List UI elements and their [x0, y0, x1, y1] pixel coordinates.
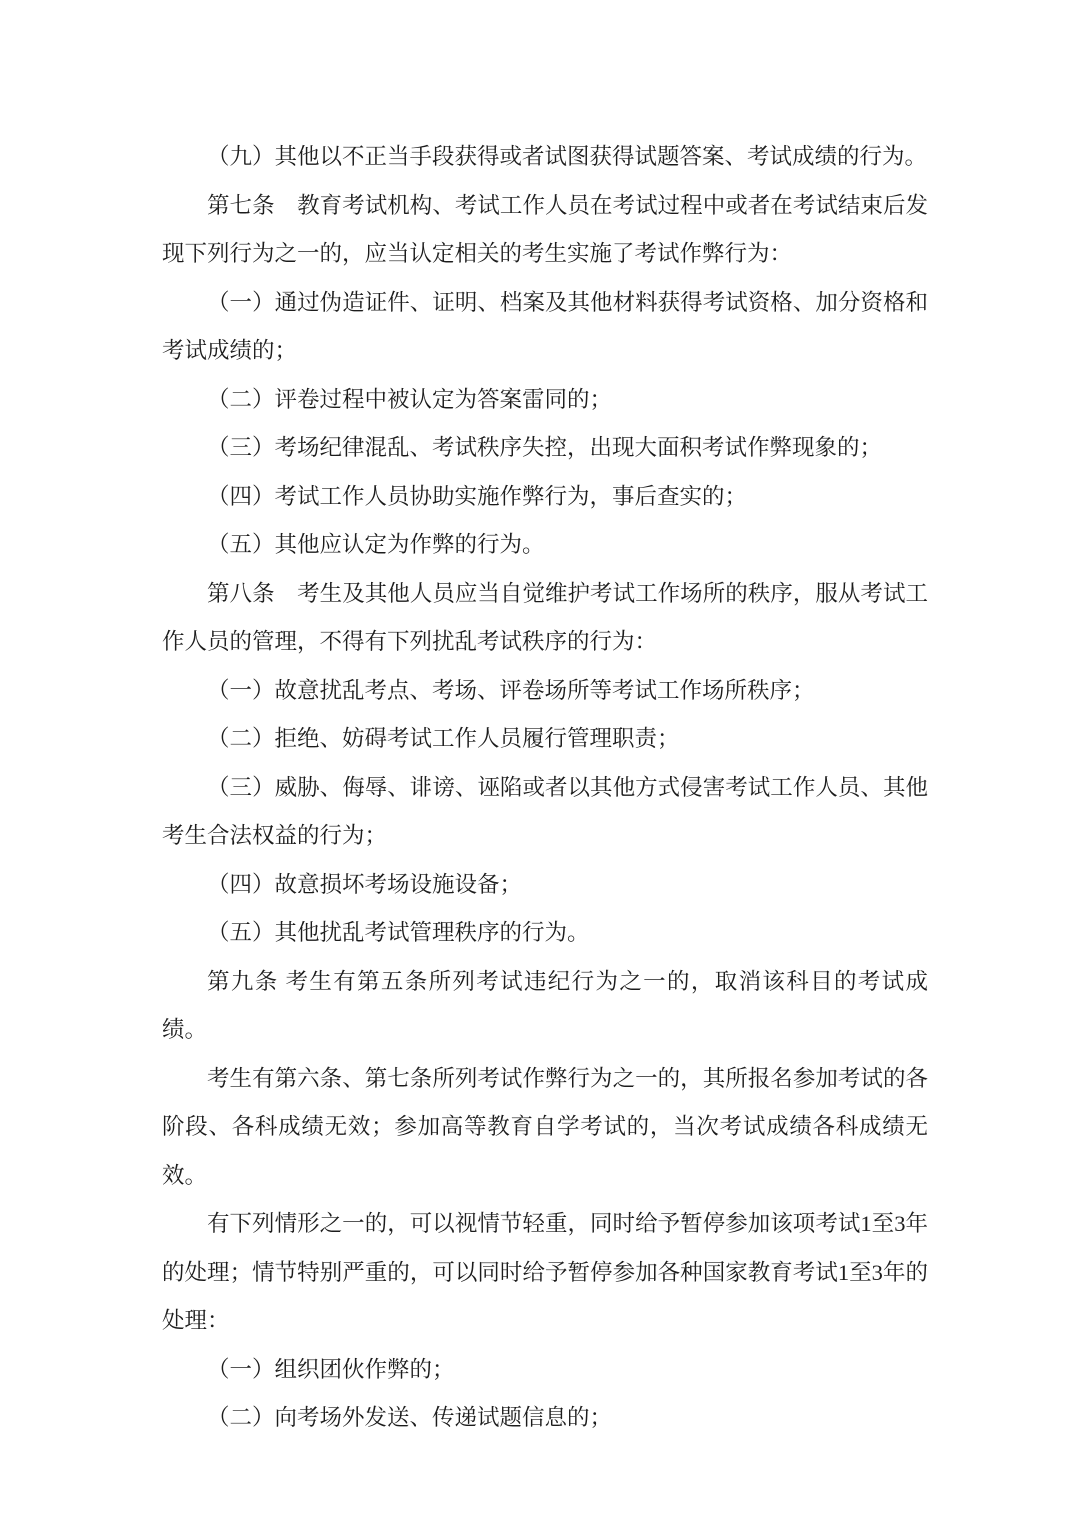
paragraph: 第七条 教育考试机构、考试工作人员在考试过程中或者在考试结束后发现下列行为之一的…: [162, 182, 928, 279]
paragraph: 有下列情形之一的，可以视情节轻重，同时给予暂停参加该项考试1至3年的处理；情节特…: [162, 1200, 928, 1346]
paragraph: （四）故意损坏考场设施设备；: [162, 861, 928, 910]
paragraph: 第九条 考生有第五条所列考试违纪行为之一的，取消该科目的考试成绩。: [162, 958, 928, 1055]
document-page: （九）其他以不正当手段获得或者试图获得试题答案、考试成绩的行为。第七条 教育考试…: [0, 0, 1080, 1528]
paragraph: 考生有第六条、第七条所列考试作弊行为之一的，其所报名参加考试的各阶段、各科成绩无…: [162, 1055, 928, 1201]
paragraph: （三）考场纪律混乱、考试秩序失控，出现大面积考试作弊现象的；: [162, 424, 928, 473]
document-body: （九）其他以不正当手段获得或者试图获得试题答案、考试成绩的行为。第七条 教育考试…: [162, 133, 928, 1443]
paragraph: （五）其他应认定为作弊的行为。: [162, 521, 928, 570]
paragraph: （九）其他以不正当手段获得或者试图获得试题答案、考试成绩的行为。: [162, 133, 928, 182]
paragraph: （四）考试工作人员协助实施作弊行为，事后查实的；: [162, 473, 928, 522]
paragraph: （二）拒绝、妨碍考试工作人员履行管理职责；: [162, 715, 928, 764]
paragraph: 第八条 考生及其他人员应当自觉维护考试工作场所的秩序，服从考试工作人员的管理，不…: [162, 570, 928, 667]
paragraph: （一）通过伪造证件、证明、档案及其他材料获得考试资格、加分资格和考试成绩的；: [162, 279, 928, 376]
paragraph: （五）其他扰乱考试管理秩序的行为。: [162, 909, 928, 958]
paragraph: （一）故意扰乱考点、考场、评卷场所等考试工作场所秩序；: [162, 667, 928, 716]
paragraph: （一）组织团伙作弊的；: [162, 1346, 928, 1395]
paragraph: （二）向考场外发送、传递试题信息的；: [162, 1394, 928, 1443]
paragraph: （三）威胁、侮辱、诽谤、诬陷或者以其他方式侵害考试工作人员、其他考生合法权益的行…: [162, 764, 928, 861]
paragraph: （二）评卷过程中被认定为答案雷同的；: [162, 376, 928, 425]
